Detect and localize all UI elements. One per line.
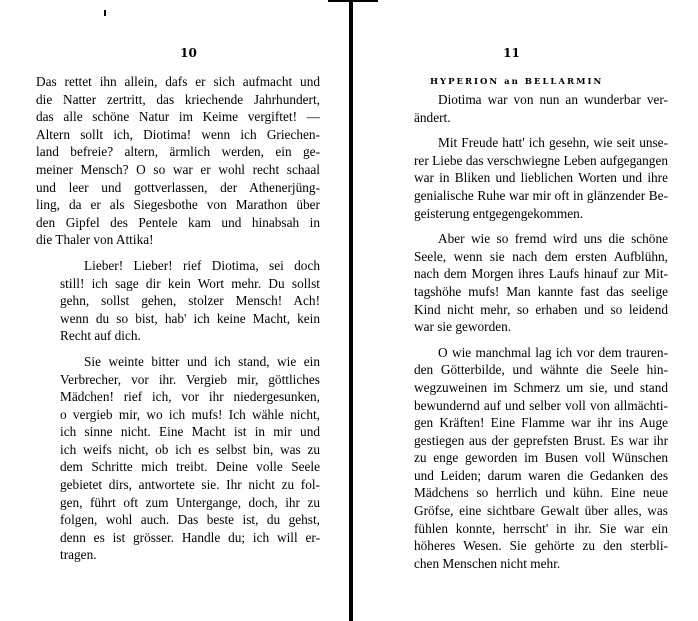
text-line: wegzuweinen im Schmerz um sie, und stand: [390, 379, 668, 397]
text-line: gen, führt oft zum Untergange, doch, ihr…: [36, 494, 320, 512]
text-line: genialische Ruhe war mir oft in glänzend…: [390, 187, 668, 205]
page-body: Das rettet ihn allein, dafs er sich aufm…: [36, 73, 320, 572]
text-line: dem Schritte mich treibt. Deine volle Se…: [36, 458, 320, 476]
text-line: Mit Freude hatt' ich gesehn, wie seit un…: [390, 134, 668, 152]
paragraph: Das rettet ihn allein, dafs er sich aufm…: [36, 73, 320, 249]
running-head: HYPERION an BELLARMIN: [393, 77, 698, 87]
text-line: meiner Mensch? O so war er wohl recht sc…: [36, 161, 320, 179]
text-line: o vergieb mir, wo ich mufs! Ich wähle ni…: [36, 406, 320, 424]
paragraph: Aber wie so fremd wird uns die schöneSee…: [390, 230, 668, 336]
text-line: Mädchens so herrlich und kühn. Eine neue: [390, 484, 668, 502]
text-line: fühlen konnte, herrscht' in ihr. Sie war…: [390, 520, 668, 538]
text-line: Kind nicht mehr, so erhaben und so leide…: [390, 301, 668, 319]
text-line: ändert.: [390, 109, 668, 127]
text-line: chen Menschen nicht mehr.: [390, 555, 668, 573]
text-line: ling, da er als Siegesbothe von Marathon…: [36, 196, 320, 214]
text-line: das alle schöne Natur im Keime vergiftet…: [36, 108, 320, 126]
text-line: Verbrecher, vor ihr. Vergieb mir, göttli…: [36, 371, 320, 389]
text-line: rer Liebe das verschwiegne Leben aufgega…: [390, 152, 668, 170]
text-line: den Gipfel des Pentele kam und hinabsah …: [36, 214, 320, 232]
text-line: wenn du so bist, hab' ich keine Macht, k…: [36, 310, 320, 328]
text-line: denn es ist grösser. Handle du; ich will…: [36, 529, 320, 547]
text-line: gestiegen aus der geprefsten Brust. Es w…: [390, 432, 668, 450]
text-line: Sie weinte bitter und ich stand, wie ein: [36, 353, 320, 371]
text-line: Gröfse, eine sichtbare Gewalt über alles…: [390, 502, 668, 520]
text-line: land befreie? altern, ärmlich werden, ei…: [36, 143, 320, 161]
paragraph: Diotima war von nun an wunderbar ver-änd…: [390, 91, 668, 126]
text-line: war in Bliken und lieblichen Worten und …: [390, 169, 668, 187]
text-line: Seele, wenn sie nach dem ersten Aufblühn…: [390, 248, 668, 266]
text-line: Recht auf dich.: [36, 327, 320, 345]
text-line: die Natter zertritt, das kriechende Jahr…: [36, 91, 320, 109]
text-line: nach dem Morgen ihres Laufs hinauf zur M…: [390, 265, 668, 283]
text-line: geisterung entgegengekommen.: [390, 205, 668, 223]
text-line: den Götterbilde, und wähnte die Seele hi…: [390, 361, 668, 379]
text-line: tragen.: [36, 546, 320, 564]
text-line: höheres Wesen. Sie gehörte zu den sterbl…: [390, 537, 668, 555]
text-line: gehn, sollst gehen, stolzer Mensch! Ach!: [36, 292, 320, 310]
right-page: 11 HYPERION an BELLARMIN Diotima war von…: [353, 0, 698, 621]
book-spread: 10 Das rettet ihn allein, dafs er sich a…: [0, 0, 698, 621]
text-line: Mädchen! rief ich, vor ihr niedergesunke…: [36, 388, 320, 406]
text-line: war sie geworden.: [390, 318, 668, 336]
text-line: Das rettet ihn allein, dafs er sich aufm…: [36, 73, 320, 91]
text-line: ich sinne nicht. Eine Macht ist in mir u…: [36, 423, 320, 441]
page-number: 11: [339, 46, 684, 60]
text-line: Lieber! Lieber! rief Diotima, sei doch: [36, 257, 320, 275]
paragraph: Mit Freude hatt' ich gesehn, wie seit un…: [390, 134, 668, 222]
text-line: Altern sollt ich, Diotima! wenn ich Grie…: [36, 126, 320, 144]
ink-mark: [104, 10, 106, 16]
text-line: und leer und gottverlassen, der Athenerj…: [36, 179, 320, 197]
left-page: 10 Das rettet ihn allein, dafs er sich a…: [0, 0, 349, 621]
text-line: Diotima war von nun an wunderbar ver-: [390, 91, 668, 109]
text-line: bewundernd auf und selber voll von allmä…: [390, 397, 668, 415]
text-line: still! ich sage dir kein Wort mehr. Du s…: [36, 275, 320, 293]
text-line: Aber wie so fremd wird uns die schöne: [390, 230, 668, 248]
paragraph: O wie manchmal lag ich vor dem trauren-d…: [390, 344, 668, 573]
text-line: folgen, wohl auch. Das beste ist, du geh…: [36, 511, 320, 529]
paragraph: Lieber! Lieber! rief Diotima, sei dochst…: [36, 257, 320, 345]
text-line: gen Kräften! Eine Flamme war ihr ins Aug…: [390, 414, 668, 432]
text-line: und Leiden; darum waren die Gedanken des: [390, 467, 668, 485]
text-line: O wie manchmal lag ich vor dem trauren-: [390, 344, 668, 362]
text-line: zu enge geworden im Busen voll Wünschen: [390, 449, 668, 467]
page-body: Diotima war von nun an wunderbar ver-änd…: [390, 91, 668, 580]
text-line: gebietet dirs, antwortete sie. Ihr nicht…: [36, 476, 320, 494]
text-line: tagshöhe mufs! Man kannte fast das seeli…: [390, 283, 668, 301]
paragraph: Sie weinte bitter und ich stand, wie ein…: [36, 353, 320, 564]
text-line: ich weifs nicht, ob ich es selbst bin, w…: [36, 441, 320, 459]
text-line: die Thaler von Attika!: [36, 231, 320, 249]
page-number: 10: [14, 46, 363, 60]
